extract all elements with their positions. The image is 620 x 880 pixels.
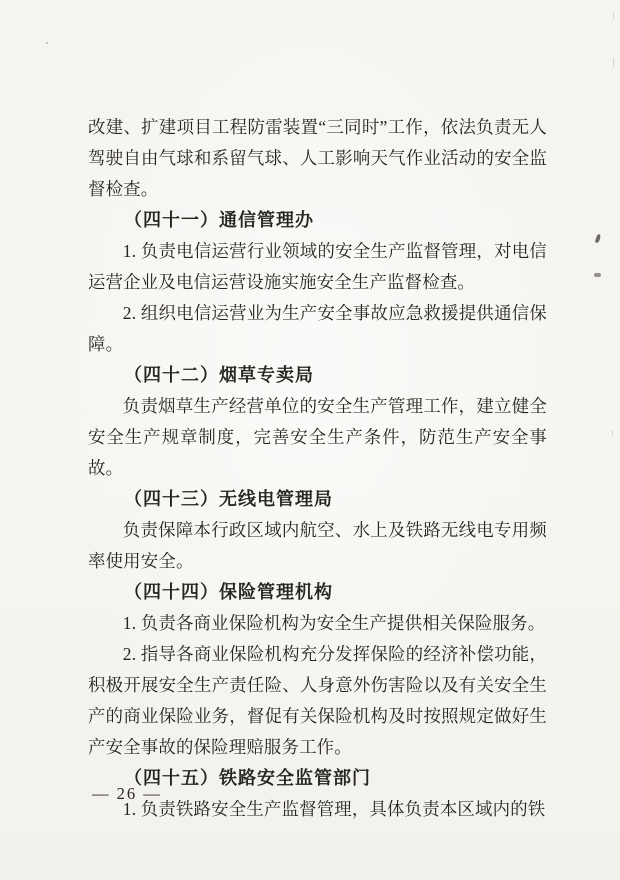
scanned-document-page: 改建、扩建项目工程防雷装置“三同时”工作，依法负责无人驾驶自由气球和系留气球、人…	[0, 0, 620, 880]
body-paragraph: 1. 负责电信运营行业领域的安全生产监督管理，对电信运营企业及电信运营设施实施安…	[88, 236, 547, 298]
body-paragraph: 负责烟草生产经营单位的安全生产管理工作，建立健全安全生产规章制度，完善安全生产条…	[88, 391, 547, 484]
body-paragraph: 2. 组织电信运营业为生产安全事故应急救援提供通信保障。	[88, 298, 547, 360]
page-number: — 26 —	[92, 784, 162, 804]
section-heading: （四十二）烟草专卖局	[88, 360, 547, 391]
scan-artifact-comma	[595, 234, 601, 244]
body-paragraph: 2. 指导各商业保险机构充分发挥保险的经济补偿功能，积极开展安全生产责任险、人身…	[88, 639, 547, 763]
scan-artifact-dash	[612, 430, 613, 436]
body-paragraph: 负责保障本行政区域内航空、水上及铁路无线电专用频率使用安全。	[88, 515, 547, 577]
section-heading: （四十四）保险管理机构	[88, 577, 547, 608]
scan-artifact-dash	[613, 58, 614, 67]
document-body: 改建、扩建项目工程防雷装置“三同时”工作，依法负责无人驾驶自由气球和系留气球、人…	[88, 112, 547, 825]
body-paragraph: 1. 负责各商业保险机构为安全生产提供相关保险服务。	[88, 608, 547, 639]
section-heading: （四十一）通信管理办	[88, 205, 547, 236]
section-heading: （四十三）无线电管理局	[88, 484, 547, 515]
scan-artifact-dash	[613, 12, 614, 19]
body-paragraph: 改建、扩建项目工程防雷装置“三同时”工作，依法负责无人驾驶自由气球和系留气球、人…	[88, 112, 547, 205]
scan-artifact-smudge	[594, 273, 601, 277]
scan-artifact-dot	[46, 42, 48, 44]
